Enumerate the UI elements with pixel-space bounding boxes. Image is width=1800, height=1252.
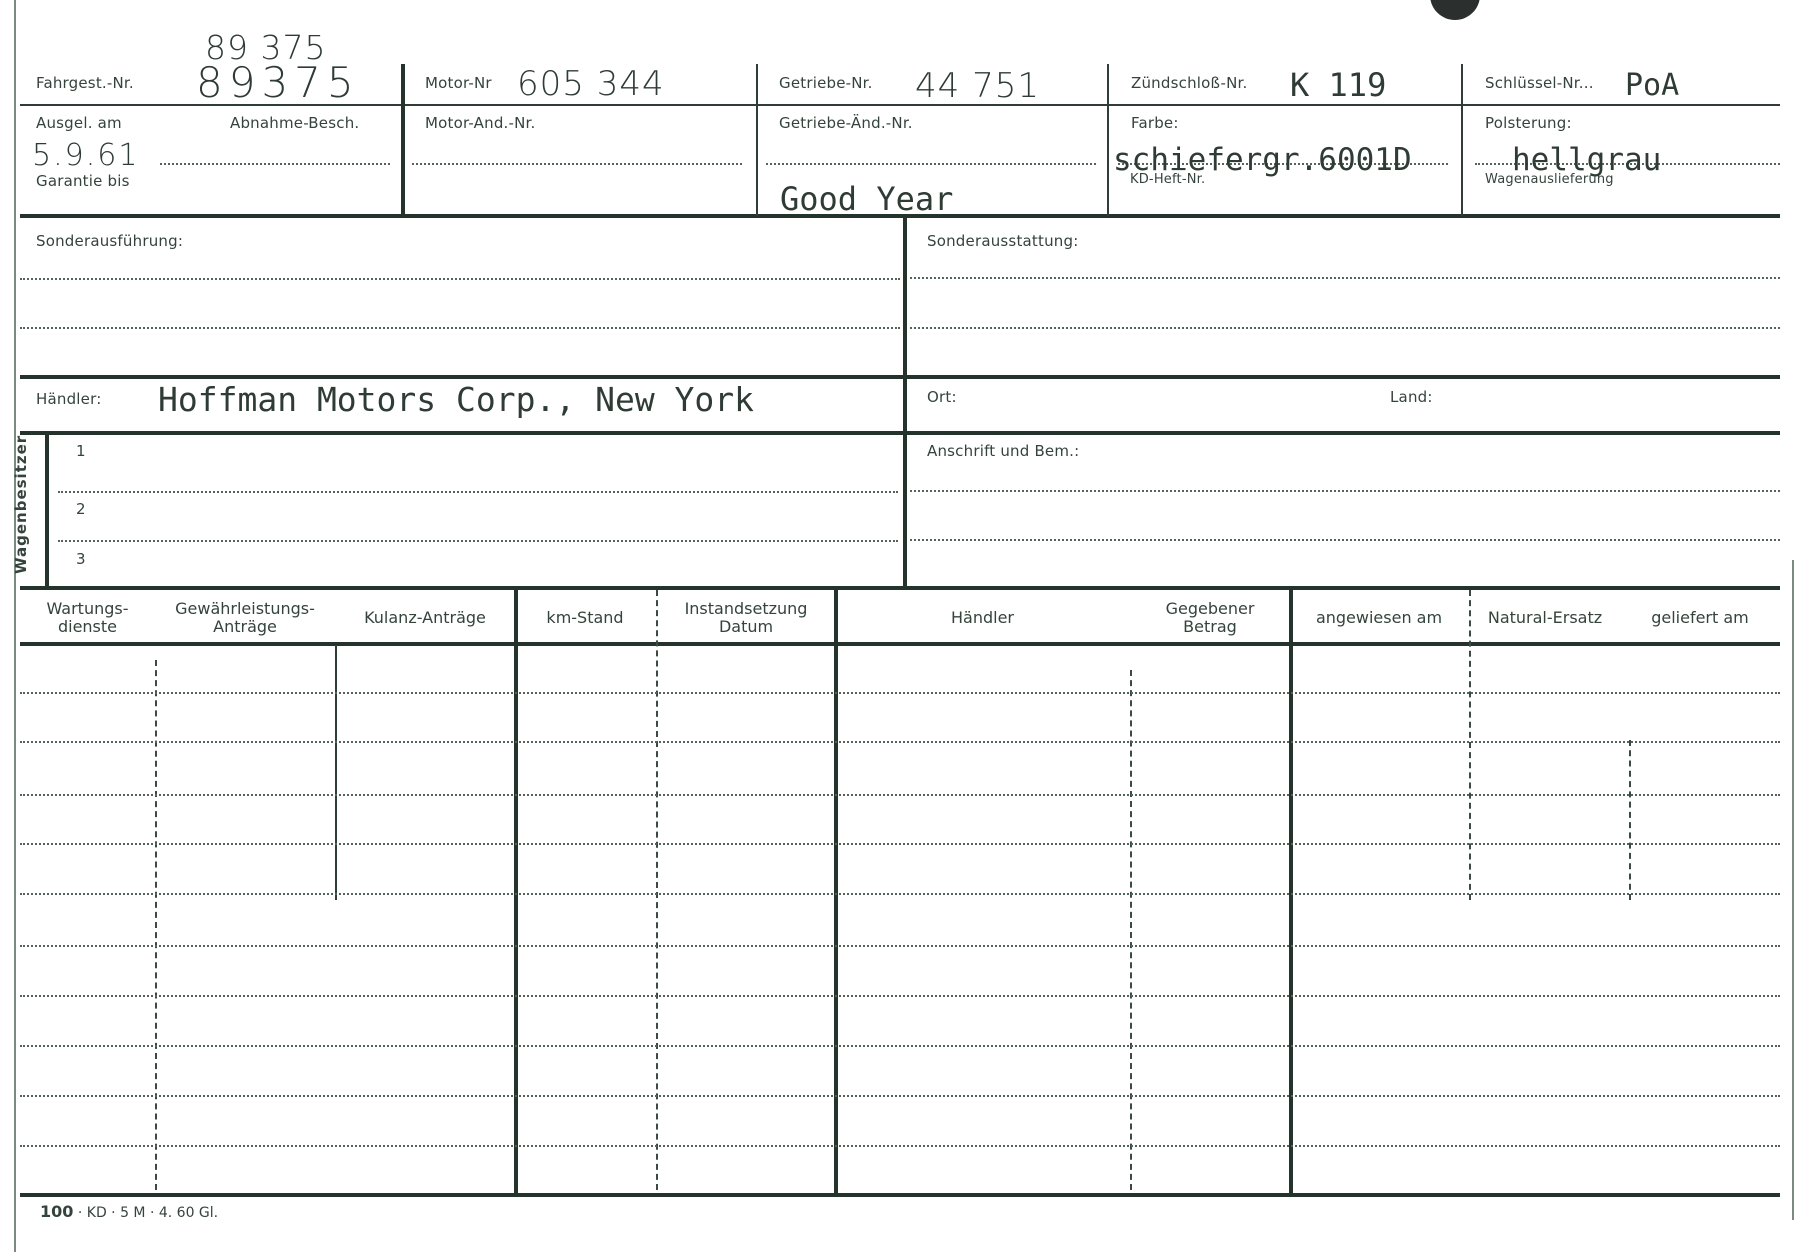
- col-sep-2: [756, 64, 758, 216]
- col-header-wartungsdienste: Wartungs- dienste: [20, 600, 155, 636]
- owner-row-1-number: 1: [76, 442, 86, 460]
- owners-label-divider: [45, 434, 49, 586]
- dealer-bottom-rule: [20, 431, 1780, 435]
- land-label: Land:: [1390, 388, 1433, 406]
- table-row: [20, 1095, 1780, 1097]
- sonderausstattung-label: Sonderausstattung:: [927, 232, 1078, 250]
- haendler-value: Hoffman Motors Corp., New York: [158, 380, 754, 419]
- col-header-km-stand: km-Stand: [515, 609, 655, 627]
- col-sep-natural: [1469, 590, 1471, 900]
- ausgel-am-value: 5.9.61: [32, 138, 139, 173]
- card-right-edge: [1792, 560, 1794, 1220]
- anschrift-line-2: [910, 539, 1780, 541]
- col-header-geliefert: geliefert am: [1620, 609, 1780, 627]
- ort-label: Ort:: [927, 388, 957, 406]
- col-header-natural-ersatz: Natural-Ersatz: [1470, 609, 1620, 627]
- sonderausstattung-line-1: [910, 277, 1780, 279]
- getriebe-label: Getriebe-Nr.: [779, 74, 873, 92]
- table-row: [20, 1145, 1780, 1147]
- kd-heft-label: KD-Heft-Nr.: [1130, 172, 1205, 187]
- zuendschloss-value: K 119: [1290, 66, 1386, 104]
- sonder-divider: [903, 216, 907, 376]
- col-sep-3: [1107, 64, 1109, 216]
- abnahme-label: Abnahme-Besch.: [230, 114, 359, 132]
- col-sep-geliefert: [1629, 740, 1631, 900]
- getriebe-aend-label: Getriebe-Änd.-Nr.: [779, 114, 913, 132]
- owner-row-1-line: [58, 491, 898, 493]
- sonder-bottom-rule: [20, 375, 1780, 379]
- col-sep-km: [514, 588, 518, 1195]
- print-code-details: · KD · 5 M · 4. 60 Gl.: [73, 1205, 218, 1221]
- sonderausstattung-line-2: [910, 327, 1780, 329]
- anschrift-label: Anschrift und Bem.:: [927, 442, 1079, 460]
- anschrift-line-1: [910, 490, 1780, 492]
- col-sep-kulanz: [335, 645, 337, 900]
- table-row: [20, 995, 1780, 997]
- table-row: [20, 1045, 1780, 1047]
- col-header-haendler: Händler: [835, 609, 1130, 627]
- col-header-gewaehrleistung: Gewährleistungs- Anträge: [155, 600, 335, 636]
- table-row: [20, 692, 1780, 694]
- wagenauslieferung-label: Wagenauslieferung: [1485, 172, 1614, 187]
- getriebe-aend-value: Good Year: [780, 180, 953, 218]
- motor-aend-dotted-line: [412, 163, 742, 165]
- owner-row-2-line: [58, 540, 898, 542]
- fahrgestell-label: Fahrgest.-Nr.: [36, 74, 134, 92]
- col-sep-gewaehrleistung: [155, 660, 157, 1190]
- getriebe-value: 44 751: [915, 66, 1040, 106]
- haendler-label: Händler:: [36, 390, 101, 408]
- getriebe-aend-dotted-line: [766, 163, 1096, 165]
- dealer-divider: [903, 378, 907, 433]
- wagenbesitzer-label: Wagenbesitzer: [12, 444, 30, 574]
- col-sep-angewiesen: [1289, 588, 1293, 1195]
- ausgel-am-label: Ausgel. am: [36, 114, 122, 132]
- farbe-label: Farbe:: [1131, 114, 1179, 132]
- sonderausfuehrung-line-1: [20, 278, 900, 280]
- table-row: [20, 893, 1780, 895]
- table-row: [20, 843, 1780, 845]
- owners-divider: [903, 434, 907, 586]
- fahrgestell-stamped-value: 89375: [196, 58, 360, 107]
- table-bottom-rule: [20, 1193, 1780, 1197]
- motor-value: 605 344: [517, 64, 665, 104]
- print-code: 100 · KD · 5 M · 4. 60 Gl.: [40, 1202, 218, 1221]
- col-sep-1: [401, 64, 405, 216]
- col-header-instandsetzung: Instandsetzung Datum: [657, 600, 835, 636]
- motor-label: Motor-Nr: [425, 74, 492, 92]
- col-header-kulanz: Kulanz-Anträge: [335, 609, 515, 627]
- table-header-rule: [20, 642, 1780, 646]
- polsterung-label: Polsterung:: [1485, 114, 1572, 132]
- zuendschloss-label: Zündschloß-Nr.: [1131, 74, 1247, 92]
- abnahme-dotted-line: [160, 163, 390, 165]
- schluessel-value: PoA: [1625, 68, 1679, 103]
- col-sep-betrag: [1130, 670, 1132, 1190]
- sonderausfuehrung-label: Sonderausführung:: [36, 232, 183, 250]
- owners-bottom-rule: [20, 586, 1780, 590]
- col-sep-instandsetzung: [656, 590, 658, 1190]
- schluessel-label: Schlüssel-Nr...: [1485, 74, 1594, 92]
- col-sep-4: [1461, 64, 1463, 216]
- table-row: [20, 945, 1780, 947]
- garantie-label: Garantie bis: [36, 172, 130, 190]
- sonderausfuehrung-line-2: [20, 327, 900, 329]
- table-row: [20, 741, 1780, 743]
- card-left-edge: [14, 0, 16, 1252]
- col-sep-haendler: [834, 588, 838, 1195]
- print-code-quantity: 100: [40, 1202, 73, 1221]
- owner-row-2-number: 2: [76, 500, 86, 518]
- punch-hole: [1430, 0, 1480, 20]
- col-header-betrag: Gegebener Betrag: [1130, 600, 1290, 636]
- table-row: [20, 794, 1780, 796]
- motor-aend-label: Motor-And.-Nr.: [425, 114, 536, 132]
- col-header-angewiesen: angewiesen am: [1290, 609, 1468, 627]
- owner-row-3-number: 3: [76, 550, 86, 568]
